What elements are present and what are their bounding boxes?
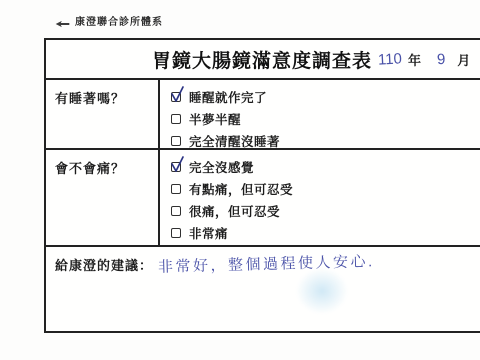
handwritten-check-icon — [170, 85, 186, 104]
options-pain: 完全沒感覺 有點痛，但可忍受 很痛， — [160, 150, 480, 245]
survey-table: 胃鏡大腸鏡滿意度調查表 110 年 9 月 22 有睡著嗎？ 睡醒就作完了 — [44, 38, 480, 333]
option-item: 有點痛，但可忍受 — [171, 178, 480, 200]
question-label-pain: 會不會痛？ — [46, 150, 160, 245]
checkbox-pain-option-4 — [171, 228, 181, 238]
suggestion-row: 給康澄的建議： 非常好，整個過程使人安心. — [46, 247, 480, 331]
clinic-brand: 康澄聯合診所體系 — [55, 13, 163, 28]
option-item: 完全清醒沒睡著 — [171, 130, 480, 152]
checkbox-sleep-option-2 — [171, 114, 181, 124]
checkbox-sleep-option-3 — [171, 136, 181, 146]
option-label: 有點痛，但可忍受 — [189, 180, 293, 198]
option-label: 完全清醒沒睡著 — [189, 132, 280, 150]
date-month-handwritten: 9 — [437, 50, 446, 67]
option-item: 完全沒感覺 — [171, 156, 480, 178]
option-item: 非常痛 — [171, 222, 480, 244]
option-label: 半夢半醒 — [189, 110, 241, 128]
date-year-handwritten: 110 — [378, 50, 403, 68]
option-item: 很痛，但可忍受 — [171, 200, 480, 222]
option-label: 很痛，但可忍受 — [189, 202, 280, 220]
checkbox-pain-option-2 — [171, 184, 181, 194]
clinic-logo-arrow-icon — [55, 16, 70, 26]
checkbox-pain-option-3 — [171, 206, 181, 216]
option-item: 睡醒就作完了 — [171, 86, 480, 108]
suggestion-handwriting: 非常好，整個過程使人安心. — [158, 250, 375, 277]
question-label-sleep: 有睡著嗎？ — [46, 80, 160, 148]
question-row-sleep: 有睡著嗎？ 睡醒就作完了 半夢半醒 — [46, 80, 480, 150]
checkbox-pain-option-1 — [171, 162, 181, 172]
date-year-unit: 年 — [408, 50, 421, 69]
option-label: 非常痛 — [189, 224, 228, 242]
date-month-unit: 月 — [457, 50, 470, 69]
suggestion-label: 給康澄的建議： — [55, 255, 153, 274]
option-label: 睡醒就作完了 — [189, 88, 267, 106]
option-label: 完全沒感覺 — [189, 158, 254, 176]
scanned-survey-form: 康澄聯合診所體系 胃鏡大腸鏡滿意度調查表 110 年 9 月 22 有睡著嗎？ … — [0, 0, 480, 360]
question-row-pain: 會不會痛？ 完全沒感覺 有點痛，但可忍受 — [46, 150, 480, 247]
option-item: 半夢半醒 — [171, 108, 480, 130]
checkbox-sleep-option-1 — [171, 92, 181, 102]
form-title: 胃鏡大腸鏡滿意度調查表 — [152, 46, 372, 73]
handwritten-check-icon — [170, 155, 186, 174]
clinic-name-text: 康澄聯合診所體系 — [75, 13, 163, 28]
options-sleep: 睡醒就作完了 半夢半醒 完全清醒沒睡 — [160, 80, 480, 148]
title-row: 胃鏡大腸鏡滿意度調查表 110 年 9 月 22 — [46, 40, 480, 80]
